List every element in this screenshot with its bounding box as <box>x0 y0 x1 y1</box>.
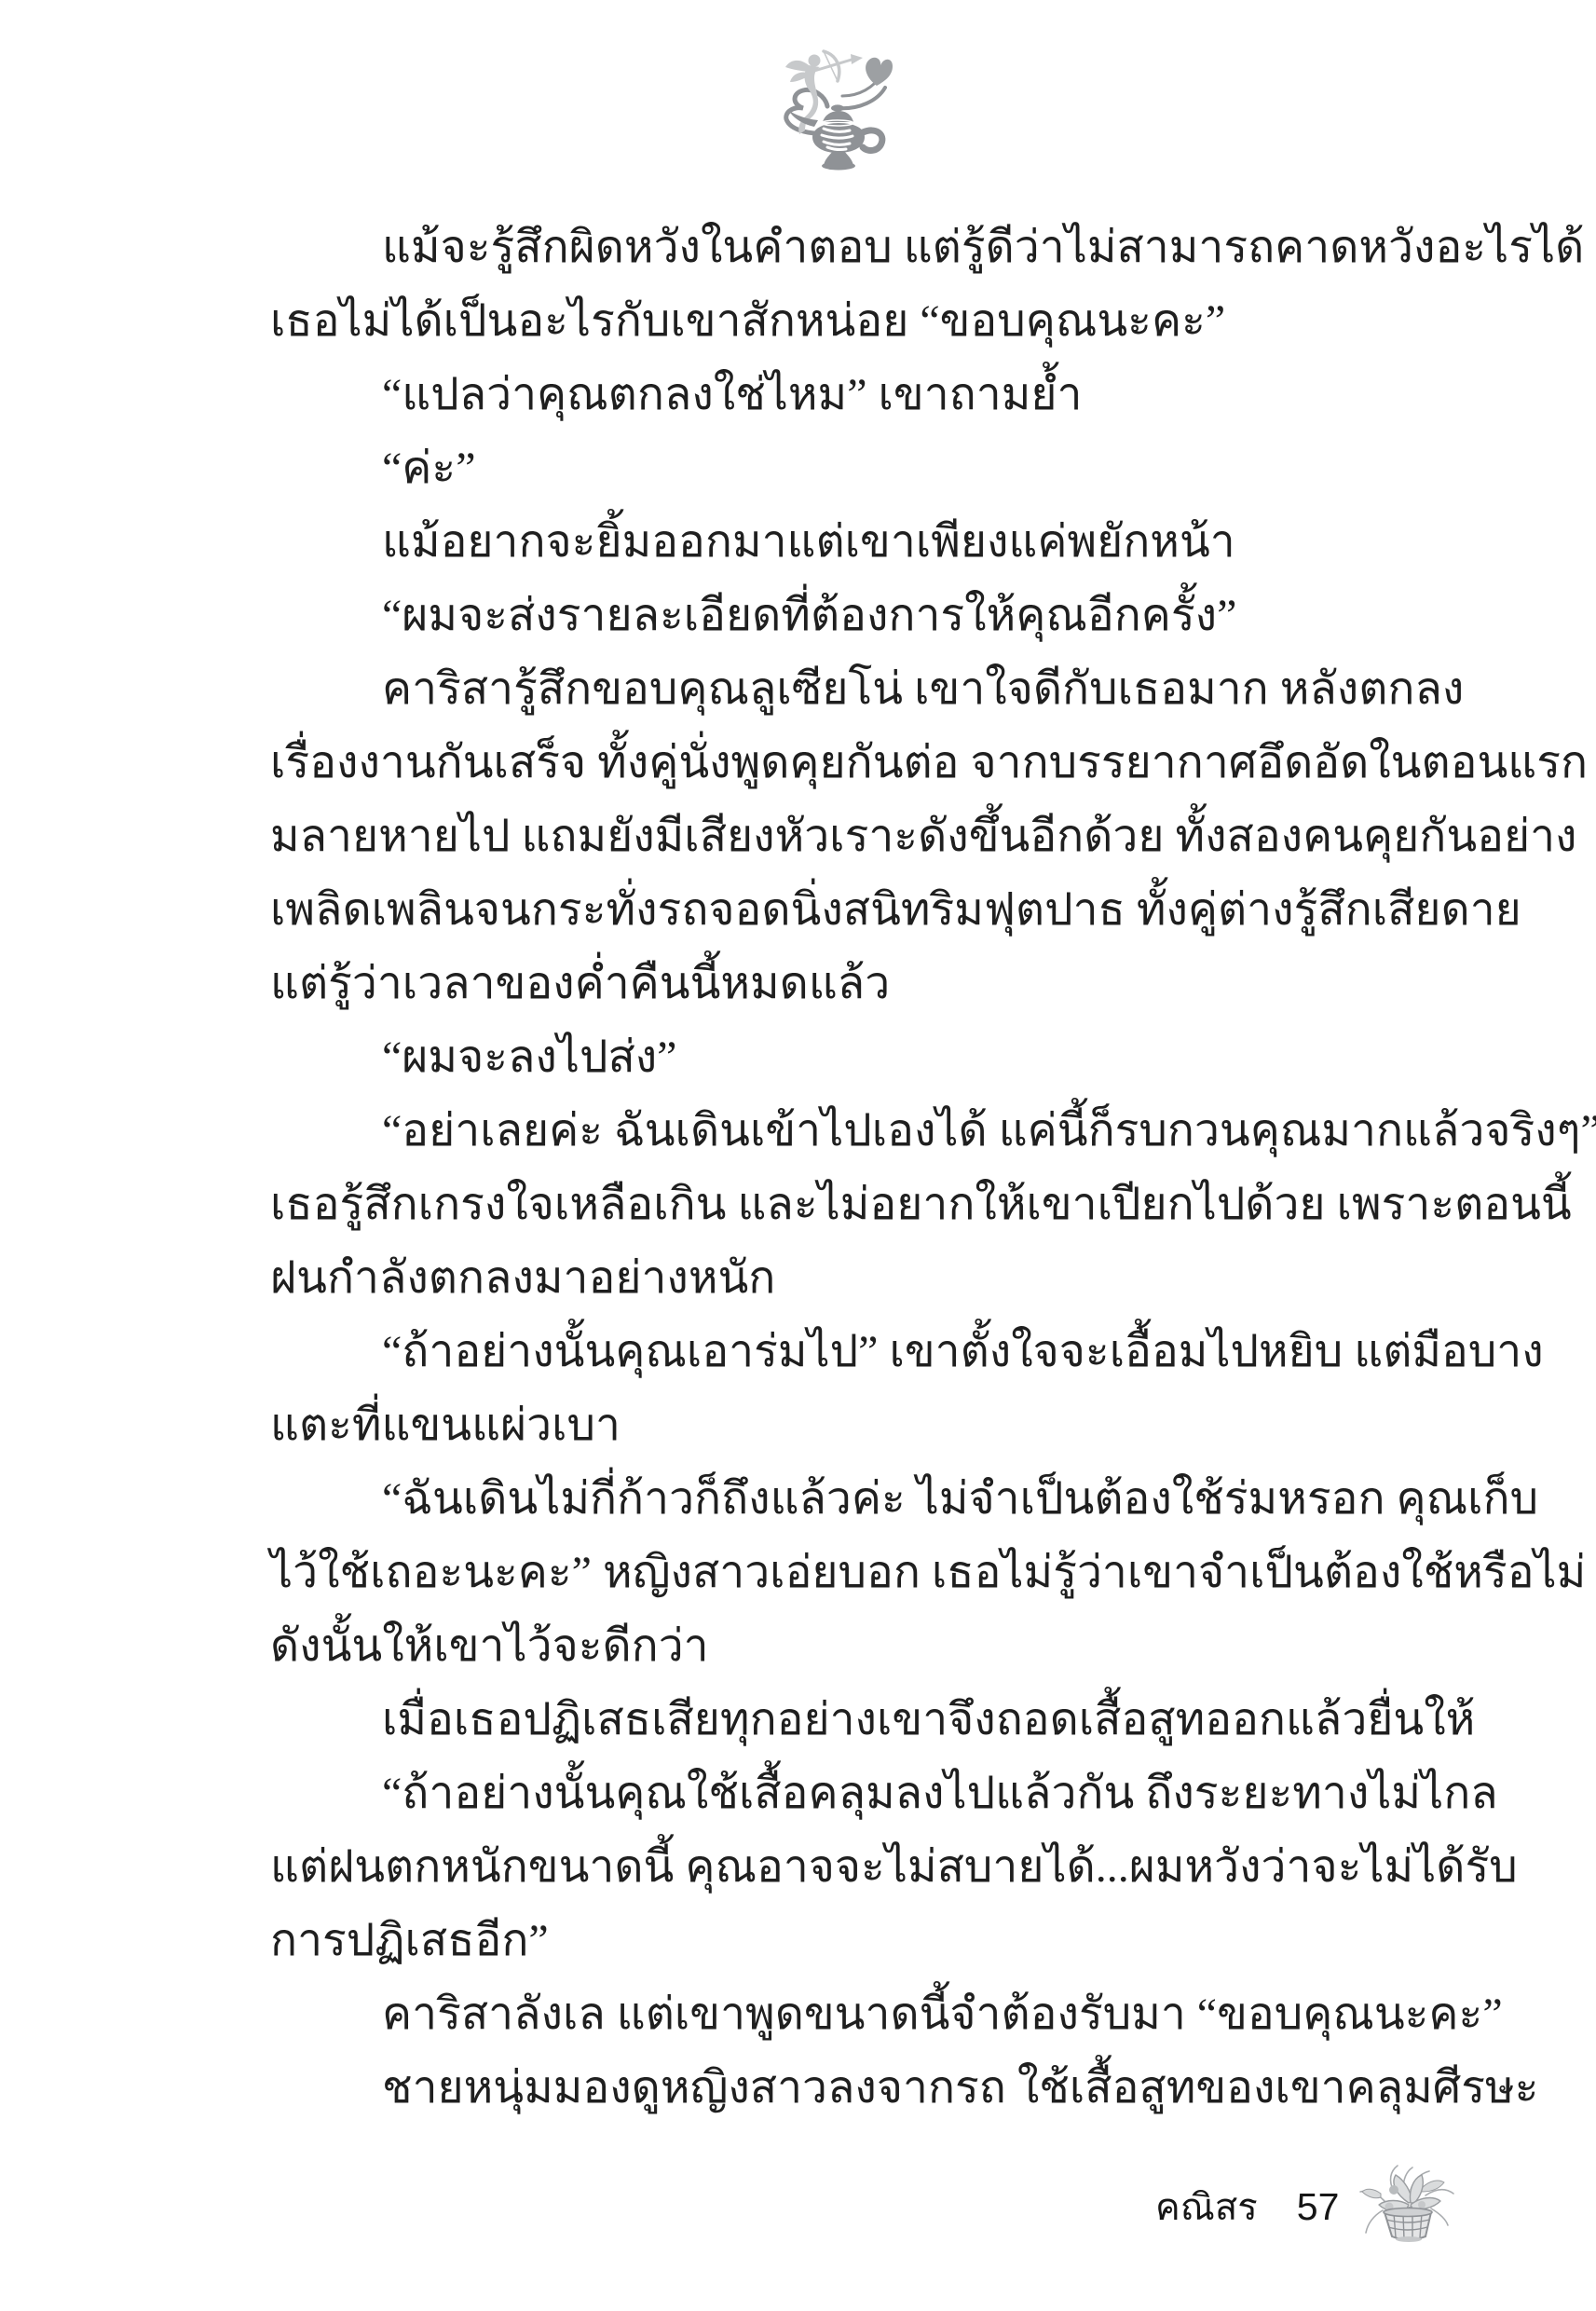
text-line: ชายหนุ่มมองดูหญิงสาวลงจากรถ ใช้เสื้อสูทข… <box>270 2051 1409 2125</box>
cupid-genie-lamp-ornament-icon <box>781 47 896 173</box>
text-line: แตะที่แขนแผ่วเบา <box>270 1388 1409 1462</box>
text-line: คาริสารู้สึกขอบคุณลูเซียโน่ เขาใจดีกับเธ… <box>270 652 1409 726</box>
text-line: แม้จะรู้สึกผิดหวังในคำตอบ แต่รู้ดีว่าไม่… <box>270 211 1409 284</box>
text-line: “ค่ะ” <box>270 431 1409 505</box>
text-line: “ผมจะลงไปส่ง” <box>270 1020 1409 1094</box>
text-line: แต่รู้ว่าเวลาของค่ำคืนนี้หมดแล้ว <box>270 947 1409 1020</box>
text-line: “ถ้าอย่างนั้นคุณใช้เสื้อคลุมลงไปแล้วกัน … <box>270 1757 1409 1830</box>
text-line: ไว้ใช้เถอะนะคะ” หญิงสาวเอ่ยบอก เธอไม่รู้… <box>270 1536 1409 1609</box>
text-line: เธอไม่ได้เป็นอะไรกับเขาสักหน่อย “ขอบคุณน… <box>270 284 1409 358</box>
text-line: เพลิดเพลินจนกระทั่งรถจอดนิ่งสนิทริมฟุตปา… <box>270 873 1409 947</box>
text-line: “อย่าเลยค่ะ ฉันเดินเข้าไปเองได้ แค่นี้ก็… <box>270 1094 1409 1168</box>
text-line: แม้อยากจะยิ้มออกมาแต่เขาเพียงแค่พยักหน้า <box>270 505 1409 579</box>
page-footer: คณิสร57 <box>1155 2181 1339 2234</box>
text-line: “ผมจะส่งรายละเอียดที่ต้องการให้คุณอีกครั… <box>270 579 1409 652</box>
text-line: การปฏิเสธอีก” <box>270 1904 1409 1977</box>
text-line: ฝนกำลังตกลงมาอย่างหนัก <box>270 1241 1409 1315</box>
page-text: แม้จะรู้สึกผิดหวังในคำตอบ แต่รู้ดีว่าไม่… <box>270 211 1409 2125</box>
text-line: “ถ้าอย่างนั้นคุณเอาร่มไป” เขาตั้งใจจะเอื… <box>270 1315 1409 1388</box>
text-line: “แปลว่าคุณตกลงใช่ไหม” เขาถามย้ำ <box>270 358 1409 431</box>
text-line: แต่ฝนตกหนักขนาดนี้ คุณอาจจะไม่สบายได้...… <box>270 1830 1409 1904</box>
text-line: “ฉันเดินไม่กี่ก้าวก็ถึงแล้วค่ะ ไม่จำเป็น… <box>270 1462 1409 1536</box>
book-page: แม้จะรู้สึกผิดหวังในคำตอบ แต่รู้ดีว่าไม่… <box>0 0 1596 2311</box>
page-number: 57 <box>1297 2185 1340 2228</box>
text-line: เธอรู้สึกเกรงใจเหลือเกิน และไม่อยากให้เข… <box>270 1168 1409 1241</box>
text-line: มลายหายไป แถมยังมีเสียงหัวเราะดังขึ้นอีก… <box>270 800 1409 873</box>
text-line: ดังนั้นให้เขาไว้จะดีกว่า <box>270 1609 1409 1683</box>
text-line: คาริสาลังเล แต่เขาพูดขนาดนี้จำต้องรับมา … <box>270 1977 1409 2051</box>
text-line: เมื่อเธอปฏิเสธเสียทุกอย่างเขาจึงถอดเสื้อ… <box>270 1683 1409 1757</box>
flower-basket-ornament-icon <box>1357 2164 1457 2246</box>
text-line: เรื่องงานกันเสร็จ ทั้งคู่นั่งพูดคุยกันต่… <box>270 726 1409 800</box>
running-title: คณิสร <box>1155 2186 1258 2228</box>
